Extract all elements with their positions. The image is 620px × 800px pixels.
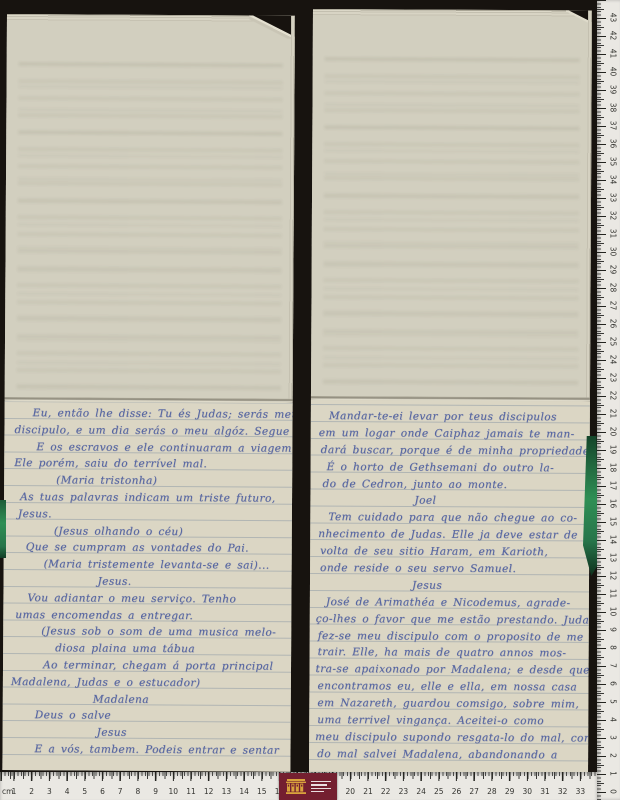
ruler-number: 31: [609, 228, 618, 240]
ruler-number: 35: [609, 156, 618, 168]
folded-corner: [566, 10, 592, 23]
handwritten-line: Deus o salve: [9, 707, 289, 726]
handwritten-line: E a vós, tambem. Podeis entrar e sentar: [8, 741, 288, 760]
ruler-number: 24: [609, 354, 618, 366]
ruler-number: 21: [361, 787, 375, 796]
handwritten-line: fez-se meu discipulo com o proposito de …: [316, 628, 587, 646]
handwritten-line: Madalena: [9, 691, 289, 710]
ruler-number: 20: [343, 787, 357, 796]
ruler-number: 10: [166, 787, 180, 796]
folded-corner: [249, 15, 295, 38]
ruler-number: 37: [609, 120, 618, 132]
ruler-number: 40: [609, 66, 618, 78]
ruler-number: 4: [60, 787, 74, 796]
ruler-number: 30: [609, 246, 618, 258]
handwritten-line: encontramos eu, elle e ella, em nossa ca…: [315, 678, 586, 696]
ruler-number: 7: [113, 787, 127, 796]
ruler-number: 22: [379, 787, 393, 796]
right-page-blank-top: [311, 9, 592, 397]
ruler-number: 31: [538, 787, 552, 796]
handwritten-line: Ele porém, saiu do terrível mal.: [10, 455, 290, 474]
left-page-text: Eu, então lhe disse: Tu és Judas; serás …: [8, 401, 290, 759]
handwritten-line: umas encomendas a entregar.: [9, 607, 289, 626]
left-page-blank-top: [5, 14, 295, 399]
ruler-number: 9: [609, 624, 618, 636]
ruler-number: 2: [25, 787, 39, 796]
handwritten-line: Tem cuidado para que não chegue ao co-: [316, 509, 587, 527]
handwritten-line: dará buscar, porque é de minha proprieda…: [317, 442, 588, 460]
ruler-number: 26: [609, 318, 618, 330]
ruler-number: 13: [609, 552, 618, 564]
ruler-number: 12: [609, 570, 618, 582]
ruler-number: 21: [609, 408, 618, 420]
handwritten-line: Madalena, Judas e o estucador): [9, 674, 289, 693]
ruler-number: 23: [396, 787, 410, 796]
handwritten-line: uma terrivel vingança. Aceitei-o como: [315, 712, 586, 730]
ruler-number: 8: [609, 642, 618, 654]
vertical-ruler: 0123456789101112131415161718192021222324…: [597, 0, 620, 800]
ruler-number: 27: [467, 787, 481, 796]
handwritten-line: Jesus.: [9, 573, 289, 592]
handwritten-line: Joel: [316, 492, 587, 510]
ruler-number: 14: [237, 787, 251, 796]
ink-showthrough: [323, 57, 580, 389]
ruler-number: 9: [149, 787, 163, 796]
handwritten-line: nhecimento de Judas. Elle ja deve estar …: [316, 526, 587, 544]
ruler-number: 32: [556, 787, 570, 796]
handwritten-line: José de Arimathéa e Nicodemus, agrade-: [316, 594, 587, 612]
handwritten-line: As tuas palavras indicam um triste futur…: [10, 489, 290, 508]
handwritten-line: trair. Elle, ha mais de quatro annos mos…: [316, 644, 587, 662]
ruler-number: 16: [609, 498, 618, 510]
ruler-number: 41: [609, 48, 618, 60]
ruler-number: 6: [96, 787, 110, 796]
ruler-number: 11: [184, 787, 198, 796]
handwritten-line: Mandar-te-ei levar por teus discipulos: [317, 408, 588, 426]
ruler-number: 12: [202, 787, 216, 796]
ruler-number: 22: [609, 390, 618, 402]
handwritten-line: (Maria tristemente levanta-se e sai)...: [10, 556, 290, 575]
ruler-number: 25: [432, 787, 446, 796]
ruler-number: 1: [609, 768, 618, 780]
handwritten-line: E os escravos e ele continuaram a viagem…: [10, 439, 290, 458]
ruler-number: 34: [609, 174, 618, 186]
ruler-number: 25: [609, 336, 618, 348]
ruler-number: 29: [609, 264, 618, 276]
ruler-number: 15: [255, 787, 269, 796]
ruler-number: 4: [609, 714, 618, 726]
ruler-number: 43: [609, 12, 618, 24]
handwritten-line: volta de seu sitio Haram, em Karioth,: [316, 543, 587, 561]
building-icon: [285, 778, 307, 795]
handwritten-line: meu discipulo supondo resgata-lo do mal,…: [315, 729, 586, 747]
ruler-number: 8: [131, 787, 145, 796]
handwritten-line: discipulo, e um dia serás o meu algóz. S…: [10, 422, 290, 441]
handwritten-line: diosa plaina uma tábua: [9, 640, 289, 659]
handwritten-line: ço-lhes o favor que me estão prestando. …: [316, 611, 587, 629]
ruler-number: 5: [78, 787, 92, 796]
ruler-number: 33: [573, 787, 587, 796]
ruler-number: 23: [609, 372, 618, 384]
handwritten-line: em Nazareth, guardou comsigo, sobre mim,: [315, 695, 586, 713]
ruler-number: 29: [503, 787, 517, 796]
ruler-number: 3: [42, 787, 56, 796]
handwritten-line: do mal salvei Madalena, abandonando a: [315, 746, 586, 764]
handwritten-line: Jesus: [316, 577, 587, 595]
manuscript-scan: Eu, então lhe disse: Tu és Judas; serás …: [0, 0, 620, 800]
archive-logo-sticker: [279, 773, 337, 800]
ruler-number: 33: [609, 192, 618, 204]
ruler-number: 13: [219, 787, 233, 796]
ruler-number: 10: [609, 606, 618, 618]
ruler-number: 28: [485, 787, 499, 796]
handwritten-line: onde reside o seu servo Samuel.: [316, 560, 587, 578]
handwritten-line: tra-se apaixonado por Madalena; e desde …: [315, 661, 586, 679]
ruler-number: 39: [609, 84, 618, 96]
ruler-number: 42: [609, 30, 618, 42]
right-page: Mandar-te-ei levar por teus discipulosem…: [309, 9, 592, 773]
handwritten-line: Jesus: [9, 724, 289, 743]
handwritten-line: Que se cumpram as vontades do Pai.: [10, 539, 290, 558]
ruler-number: 0: [609, 786, 618, 798]
left-page: Eu, então lhe disse: Tu és Judas; serás …: [2, 14, 295, 772]
handwritten-line: Vou adiantar o meu serviço. Tenho: [9, 590, 289, 609]
handwritten-line: É o horto de Gethsemani do outro la-: [317, 459, 588, 477]
handwritten-line: (Jesus sob o som de uma musica melo-: [9, 623, 289, 642]
ruler-number: 32: [609, 210, 618, 222]
right-page-text: Mandar-te-ei levar por teus discipulosem…: [315, 400, 588, 764]
ruler-number: 15: [609, 516, 618, 528]
ruler-number: 36: [609, 138, 618, 150]
ruler-number: 1: [7, 787, 21, 796]
right-page-written-area: Mandar-te-ei levar por teus discipulosem…: [309, 400, 590, 773]
ruler-number: 5: [609, 696, 618, 708]
ruler-number: 18: [609, 462, 618, 474]
ink-showthrough: [17, 62, 283, 391]
handwritten-line: (Jesus olhando o céu): [10, 523, 290, 542]
ruler-number: 28: [609, 282, 618, 294]
green-band-left: [0, 500, 6, 558]
ruler-number: 2: [609, 750, 618, 762]
sticker-text-lines: [311, 781, 331, 793]
ruler-number: 26: [450, 787, 464, 796]
ruler-number: 3: [609, 732, 618, 744]
ruler-number: 30: [520, 787, 534, 796]
ruler-number: 27: [609, 300, 618, 312]
ruler-number: 6: [609, 678, 618, 690]
handwritten-line: Eu, então lhe disse: Tu és Judas; serás …: [11, 405, 291, 424]
ruler-number: 24: [414, 787, 428, 796]
ruler-number: 14: [609, 534, 618, 546]
handwritten-line: (Maria tristonha): [10, 472, 290, 491]
ruler-number: 38: [609, 102, 618, 114]
ruler-number: 17: [609, 480, 618, 492]
ruler-number: 20: [609, 426, 618, 438]
handwritten-line: Ao terminar, chegam á porta principal: [9, 657, 289, 676]
left-page-written-area: Eu, então lhe disse: Tu és Judas; serás …: [2, 401, 292, 772]
ruler-number: 7: [609, 660, 618, 672]
handwritten-line: em um logar onde Caiphaz jamais te man-: [317, 425, 588, 443]
ruler-ticks-major: [597, 0, 606, 800]
handwritten-line: Jesus.: [10, 506, 290, 525]
ruler-number: 19: [609, 444, 618, 456]
ruler-number: 11: [609, 588, 618, 600]
handwritten-line: do de Cedron, junto ao monte.: [316, 476, 587, 494]
